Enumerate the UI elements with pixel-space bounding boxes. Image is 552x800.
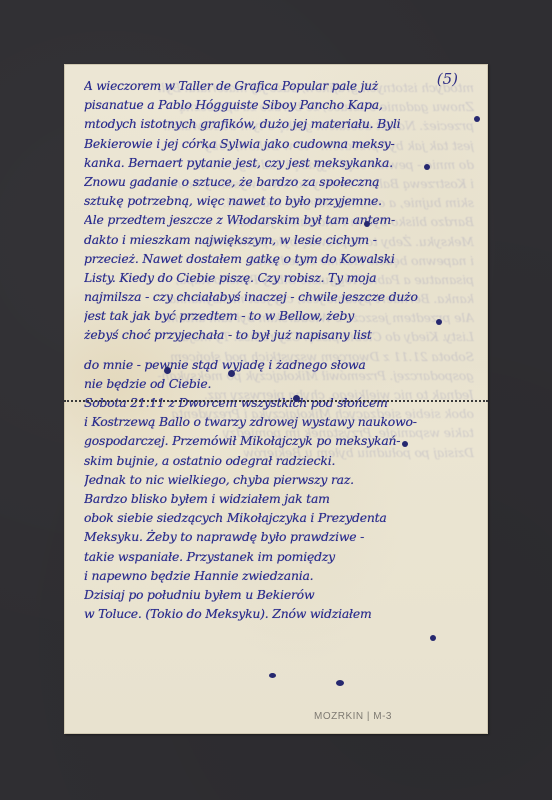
ink-blot: [164, 367, 171, 374]
text-line: Sobota 21.11 z Dworcem wszystkich pod sł…: [84, 393, 474, 412]
text-line: A wieczorem w Taller de Grafica Popular …: [84, 76, 466, 95]
letter-sheet: mtodych istotnych grafików, dużo jej mat…: [64, 64, 488, 734]
ink-blot: [336, 680, 344, 686]
text-line: do mnie - pewnie stąd wyjadę i żadnego s…: [84, 355, 474, 374]
text-line: obok siebie siedzących Mikołajczyka i Pr…: [84, 508, 474, 527]
text-line: Dzisiaj po południu byłem u Bekierów: [84, 585, 474, 604]
ink-blot: [269, 673, 276, 678]
ink-blot: [474, 116, 480, 122]
text-line: kanka. Bernaert pytanie jest, czy jest m…: [84, 153, 474, 172]
handwritten-text: A wieczorem w Taller de Grafica Popular …: [84, 76, 474, 623]
text-line: pisanatue a Pablo Hógguiste Siboy Pancho…: [84, 95, 474, 114]
text-line: Bekierowie i jej córka Sylwia jako cudow…: [84, 134, 474, 153]
text-line: i Kostrzewą Ballo o twarzy zdrowej wysta…: [84, 412, 474, 431]
ink-blot: [293, 395, 300, 402]
text-line: przecież. Nawet dostałem gatkę o tym do …: [84, 249, 474, 268]
archive-reference-mark: MOZRKIN | M-3: [314, 711, 392, 722]
text-line: jest tak jak być przedtem - to w Bellow,…: [84, 306, 474, 325]
text-line: Meksyku. Żeby to naprawdę było prawdziwe…: [84, 527, 474, 546]
text-line: mtodych istotnych grafików, dużo jej mat…: [84, 114, 474, 133]
ink-blot: [430, 635, 436, 641]
text-line: dakto i mieszkam największym, w lesie ci…: [84, 230, 474, 249]
text-line: skim bujnie, a ostatnio odegrał radzieck…: [84, 451, 474, 470]
ink-blot: [402, 441, 408, 447]
ink-blot: [364, 221, 370, 227]
text-line: i napewno będzie Hannie zwiedzania.: [84, 566, 474, 585]
text-line: najmilsza - czy chciałabyś inaczej - chw…: [84, 287, 474, 306]
text-line: żebyś choć przyjechała - to był już napi…: [84, 325, 474, 344]
text-line: nie będzie od Ciebie.: [84, 374, 474, 393]
text-line: gospodarczej. Przemówił Mikołajczyk po m…: [84, 431, 474, 450]
text-line: Ale przedtem jeszcze z Włodarskim był ta…: [84, 210, 474, 229]
text-line: Jednak to nic wielkiego, chyba pierwszy …: [84, 470, 474, 489]
text-line: Znowu gadanie o sztuce, że bardzo za spo…: [84, 172, 474, 191]
perforation-fold-line: [64, 400, 488, 402]
text-line: sztukę potrzebną, więc nawet to było prz…: [84, 191, 474, 210]
text-line: w Toluce. (Tokio do Meksyku). Znów widzi…: [84, 604, 474, 623]
ink-blot: [436, 319, 442, 325]
text-line: Bardzo blisko byłem i widziałem jak tam: [84, 489, 474, 508]
ink-blot: [228, 370, 235, 377]
text-line: Listy. Kiedy do Ciebie piszę. Czy robisz…: [84, 268, 474, 287]
ink-blot: [424, 164, 430, 170]
text-line: takie wspaniałe. Przystanek im pomiędzy: [84, 547, 474, 566]
